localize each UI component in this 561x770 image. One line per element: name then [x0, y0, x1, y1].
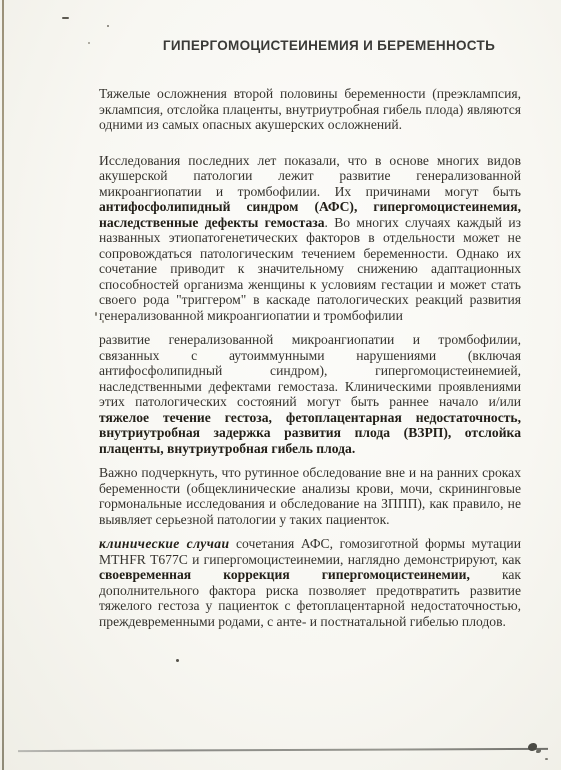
text-run-bold: своевременная коррекция гипергомоцистеин… [99, 567, 470, 582]
scan-speck [176, 659, 179, 662]
text-run: . Во многих случаях каждый из названных … [99, 215, 521, 323]
text-run: Важно подчеркнуть, что рутинное обследов… [99, 465, 521, 527]
scan-speck [545, 758, 548, 760]
text-run-bold-italic: клинические случаи [99, 536, 229, 551]
text-run-bold: тяжелое течение гестоза, фетоплацентарна… [99, 410, 521, 456]
scan-speck [95, 312, 97, 316]
scan-edge-bottom [18, 748, 548, 752]
document-body: Тяжелые осложнения второй половины берем… [99, 86, 521, 638]
scan-edge-left [2, 0, 4, 770]
text-run: Исследования последних лет показали, что… [99, 153, 521, 199]
text-run: развитие генерализованной микроангиопати… [99, 332, 521, 409]
paragraph-clinical-manifestations: развитие генерализованной микроангиопати… [99, 332, 521, 456]
document-title: ГИПЕРГОМОЦИСТЕИНЕМИЯ И БЕРЕМЕННОСТЬ [100, 38, 520, 53]
scan-speck [263, 126, 265, 128]
scan-speck [107, 25, 109, 27]
scanned-page-sheet: ГИПЕРГОМОЦИСТЕИНЕМИЯ И БЕРЕМЕННОСТЬ Тяже… [0, 0, 561, 770]
text-run: Тяжелые осложнения второй половины берем… [99, 86, 521, 132]
paragraph-severe-complications: Тяжелые осложнения второй половины берем… [99, 86, 521, 133]
scan-speck [102, 320, 104, 323]
paragraph-routine-examination: Важно подчеркнуть, что рутинное обследов… [99, 465, 521, 527]
scan-speck [62, 17, 69, 19]
paragraph-clinical-cases: клинические случаи сочетания АФС, гомози… [99, 536, 521, 629]
paragraph-research-causes: Исследования последних лет показали, что… [99, 153, 521, 324]
scan-speck [88, 42, 90, 44]
